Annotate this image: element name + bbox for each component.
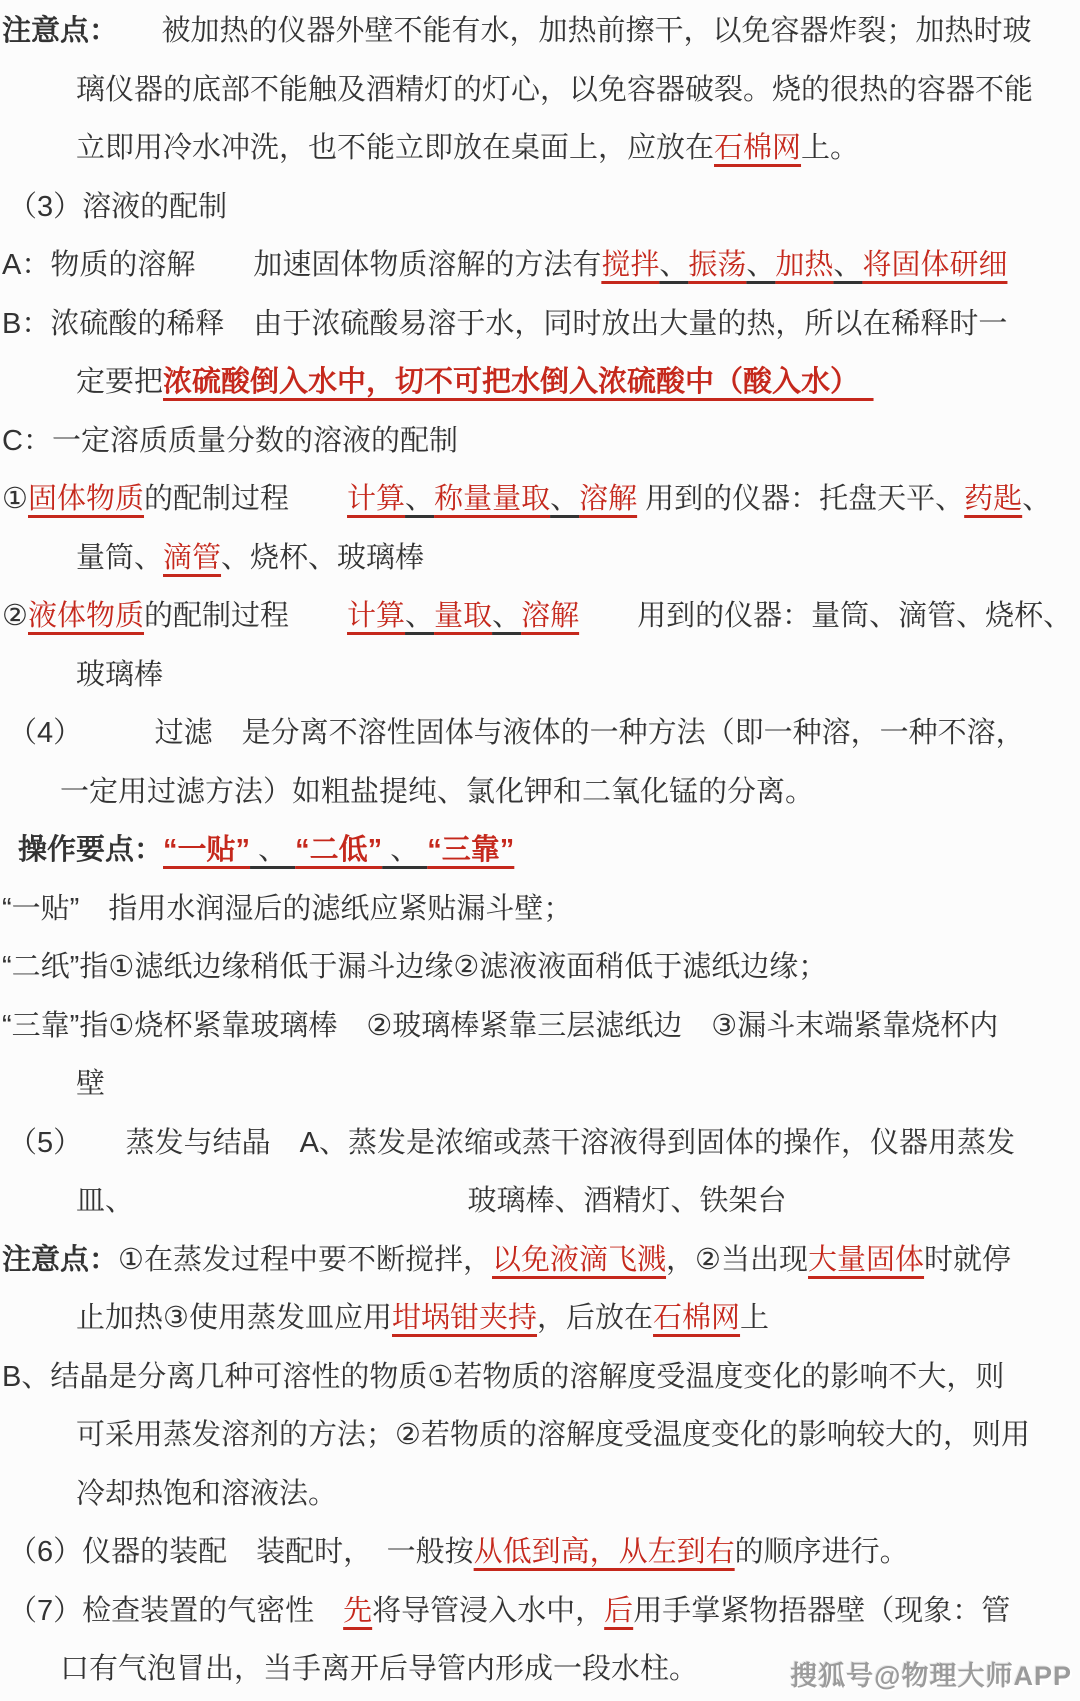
text-segment: （5） 蒸发与结晶 A、蒸发是浓缩或蒸干溶液得到固体的操作，仪器用蒸发 xyxy=(8,1127,1015,1159)
highlighted-term: 浓硫酸倒入水中，切不可把水倒入浓硫酸中（酸入水） xyxy=(163,366,874,398)
text-line: ②液体物质的配制过程 计算、量取、溶解 用到的仪器：量筒、滴管、烧杯、 xyxy=(0,587,1080,646)
highlighted-term: 称量量取 xyxy=(434,483,550,515)
highlighted-term: 将固体研细 xyxy=(862,249,1007,281)
text-segment: ①在蒸发过程中要不断搅拌， xyxy=(118,1244,492,1276)
text-line: “一贴” 指用水润湿后的滤纸应紧贴漏斗壁； xyxy=(0,880,1080,939)
text-segment: 用到的仪器：量筒、滴管、烧杯、 xyxy=(579,600,1072,632)
text-segment: 定要把 xyxy=(76,366,163,398)
document-page: 注意点： 被加热的仪器外壁不能有水，加热前擦干，以免容器炸裂；加热时玻璃仪器的底… xyxy=(0,0,1080,1701)
text-line: （6）仪器的装配 装配时， 一般按从低到高，从左到右的顺序进行。 xyxy=(0,1523,1080,1582)
text-segment: ，后放在 xyxy=(537,1302,653,1334)
text-line: 皿、 玻璃棒、酒精灯、铁架台 xyxy=(0,1172,1080,1231)
text-segment: ，②当出现 xyxy=(666,1244,808,1276)
highlighted-term: 大量固体 xyxy=(808,1244,924,1276)
text-segment: 被加热的仪器外壁不能有水，加热前擦干，以免容器炸裂；加热时玻 xyxy=(104,15,1032,47)
highlighted-term: 坩埚钳夹持 xyxy=(392,1302,537,1334)
highlighted-term: 溶解 xyxy=(521,600,579,632)
highlighted-term: 计算 xyxy=(347,600,405,632)
highlighted-term: 量取 xyxy=(434,600,492,632)
text-line: 冷却热饱和溶液法。 xyxy=(0,1465,1080,1524)
text-line: 注意点：①在蒸发过程中要不断搅拌，以免液滴飞溅，②当出现大量固体时就停 xyxy=(0,1231,1080,1290)
text-segment: 、烧杯、玻璃棒 xyxy=(221,542,424,574)
text-segment: （3）溶液的配制 xyxy=(8,191,227,223)
text-segment: 、 xyxy=(746,249,775,281)
text-segment: 用到的仪器：托盘天平、 xyxy=(637,483,964,515)
text-segment: 玻璃棒 xyxy=(76,659,163,691)
text-segment: 一定用过滤方法）如粗盐提纯、氯化钾和二氧化锰的分离。 xyxy=(60,776,814,808)
highlighted-term: 滴管 xyxy=(163,542,221,574)
text-segment: 立即用冷水冲洗，也不能立即放在桌面上，应放在 xyxy=(76,132,714,164)
text-line: “三靠”指①烧杯紧靠玻璃棒 ②玻璃棒紧靠三层滤纸边 ③漏斗末端紧靠烧杯内 xyxy=(0,997,1080,1056)
text-line: “二纸”指①滤纸边缘稍低于漏斗边缘②滤液液面稍低于滤纸边缘； xyxy=(0,938,1080,997)
text-segment: 用手掌紧物捂器壁（现象：管 xyxy=(633,1595,1010,1627)
text-segment: 、 xyxy=(659,249,688,281)
text-segment: “二纸”指①滤纸边缘稍低于漏斗边缘②滤液液面稍低于滤纸边缘； xyxy=(2,951,827,983)
text-segment: （7）检查装置的气密性 xyxy=(8,1595,343,1627)
text-line: （3）溶液的配制 xyxy=(0,178,1080,237)
text-segment: （4） 过滤 是分离不溶性固体与液体的一种方法（即一种溶，一种不溶， xyxy=(8,717,1025,749)
text-segment: 操作要点： xyxy=(18,834,163,866)
text-segment: ② xyxy=(2,600,28,632)
text-line: 操作要点：“一贴” 、 “二低” 、 “三靠” xyxy=(0,821,1080,880)
text-segment: 皿、 玻璃棒、酒精灯、铁架台 xyxy=(76,1185,787,1217)
text-line: B、结晶是分离几种可溶性的物质①若物质的溶解度受温度变化的影响不大，则 xyxy=(0,1348,1080,1407)
text-line: 注意点： 被加热的仪器外壁不能有水，加热前擦干，以免容器炸裂；加热时玻 xyxy=(0,2,1080,61)
text-line: （7）检查装置的气密性 先将导管浸入水中，后用手掌紧物捂器壁（现象：管 xyxy=(0,1582,1080,1641)
text-segment: A：物质的溶解 加速固体物质溶解的方法有 xyxy=(2,249,601,281)
text-segment: “三靠”指①烧杯紧靠玻璃棒 ②玻璃棒紧靠三层滤纸边 ③漏斗末端紧靠烧杯内 xyxy=(2,1010,998,1042)
text-segment: B、结晶是分离几种可溶性的物质①若物质的溶解度受温度变化的影响不大，则 xyxy=(2,1361,1004,1393)
text-segment: 的顺序进行。 xyxy=(735,1536,909,1568)
text-segment: 量筒、 xyxy=(76,542,163,574)
text-segment: B：浓硫酸的稀释 由于浓硫酸易溶于水，同时放出大量的热，所以在稀释时一 xyxy=(2,308,1007,340)
text-segment: ① xyxy=(2,483,28,515)
text-segment: 、 xyxy=(382,834,427,866)
text-segment: 的配制过程 xyxy=(144,600,347,632)
highlighted-term: “一贴” xyxy=(163,834,250,866)
text-line: 可采用蒸发溶剂的方法；②若物质的溶解度受温度变化的影响较大的，则用 xyxy=(0,1406,1080,1465)
highlighted-term: 从低到高，从左到右 xyxy=(474,1536,735,1568)
text-segment: “一贴” 指用水润湿后的滤纸应紧贴漏斗壁； xyxy=(2,893,572,925)
text-segment: 、 xyxy=(550,483,579,515)
highlighted-term: 石棉网 xyxy=(653,1302,740,1334)
text-segment: 、 xyxy=(250,834,295,866)
text-line: ①固体物质的配制过程 计算、称量量取、溶解 用到的仪器：托盘天平、药匙、 xyxy=(0,470,1080,529)
highlighted-term: “三靠” xyxy=(427,834,514,866)
highlighted-term: 计算 xyxy=(347,483,405,515)
text-line: 一定用过滤方法）如粗盐提纯、氯化钾和二氧化锰的分离。 xyxy=(0,763,1080,822)
text-segment: 时就停 xyxy=(924,1244,1011,1276)
text-segment: 的配制过程 xyxy=(144,483,347,515)
text-segment: 、 xyxy=(833,249,862,281)
text-line: 立即用冷水冲洗，也不能立即放在桌面上，应放在石棉网上。 xyxy=(0,119,1080,178)
highlighted-term: 以免液滴飞溅 xyxy=(492,1244,666,1276)
text-segment: 、 xyxy=(405,483,434,515)
text-segment: 上 xyxy=(740,1302,769,1334)
text-line: （5） 蒸发与结晶 A、蒸发是浓缩或蒸干溶液得到固体的操作，仪器用蒸发 xyxy=(0,1114,1080,1173)
text-line: 玻璃棒 xyxy=(0,646,1080,705)
text-segment: 将导管浸入水中， xyxy=(372,1595,604,1627)
highlighted-term: 加热 xyxy=(775,249,833,281)
text-line: C：一定溶质质量分数的溶液的配制 xyxy=(0,412,1080,471)
text-segment: 注意点： xyxy=(2,15,104,47)
text-line: 壁 xyxy=(0,1055,1080,1114)
watermark: 搜狐号@物理大师APP xyxy=(790,1654,1072,1693)
text-line: 量筒、滴管、烧杯、玻璃棒 xyxy=(0,529,1080,588)
highlighted-term: “二低” xyxy=(295,834,382,866)
text-line: B：浓硫酸的稀释 由于浓硫酸易溶于水，同时放出大量的热，所以在稀释时一 xyxy=(0,295,1080,354)
text-segment: 上。 xyxy=(801,132,859,164)
text-segment: 冷却热饱和溶液法。 xyxy=(76,1478,337,1510)
text-segment: 止加热③使用蒸发皿应用 xyxy=(76,1302,392,1334)
text-segment: 口有气泡冒出，当手离开后导管内形成一段水柱。 xyxy=(60,1653,698,1685)
text-line: 璃仪器的底部不能触及酒精灯的灯心，以免容器破裂。烧的很热的容器不能 xyxy=(0,61,1080,120)
text-line: （4） 过滤 是分离不溶性固体与液体的一种方法（即一种溶，一种不溶， xyxy=(0,704,1080,763)
text-segment: 、 xyxy=(1022,483,1051,515)
highlighted-term: 后 xyxy=(604,1595,633,1627)
highlighted-term: 液体物质 xyxy=(28,600,144,632)
highlighted-term: 石棉网 xyxy=(714,132,801,164)
text-segment: C：一定溶质质量分数的溶液的配制 xyxy=(2,425,458,457)
document-body: 注意点： 被加热的仪器外壁不能有水，加热前擦干，以免容器炸裂；加热时玻璃仪器的底… xyxy=(0,0,1080,1699)
text-line: 止加热③使用蒸发皿应用坩埚钳夹持，后放在石棉网上 xyxy=(0,1289,1080,1348)
text-segment: 注意点： xyxy=(2,1244,118,1276)
text-line: A：物质的溶解 加速固体物质溶解的方法有搅拌、振荡、加热、将固体研细 xyxy=(0,236,1080,295)
highlighted-term: 药匙 xyxy=(964,483,1022,515)
text-segment: 、 xyxy=(405,600,434,632)
text-segment: 可采用蒸发溶剂的方法；②若物质的溶解度受温度变化的影响较大的，则用 xyxy=(76,1419,1030,1451)
highlighted-term: 溶解 xyxy=(579,483,637,515)
text-segment: 、 xyxy=(492,600,521,632)
text-line: 定要把浓硫酸倒入水中，切不可把水倒入浓硫酸中（酸入水） xyxy=(0,353,1080,412)
text-segment: 壁 xyxy=(76,1068,105,1100)
highlighted-term: 搅拌 xyxy=(601,249,659,281)
highlighted-term: 固体物质 xyxy=(28,483,144,515)
highlighted-term: 振荡 xyxy=(688,249,746,281)
text-segment: 璃仪器的底部不能触及酒精灯的灯心，以免容器破裂。烧的很热的容器不能 xyxy=(76,74,1033,106)
highlighted-term: 先 xyxy=(343,1595,372,1627)
text-segment: （6）仪器的装配 装配时， 一般按 xyxy=(8,1536,474,1568)
